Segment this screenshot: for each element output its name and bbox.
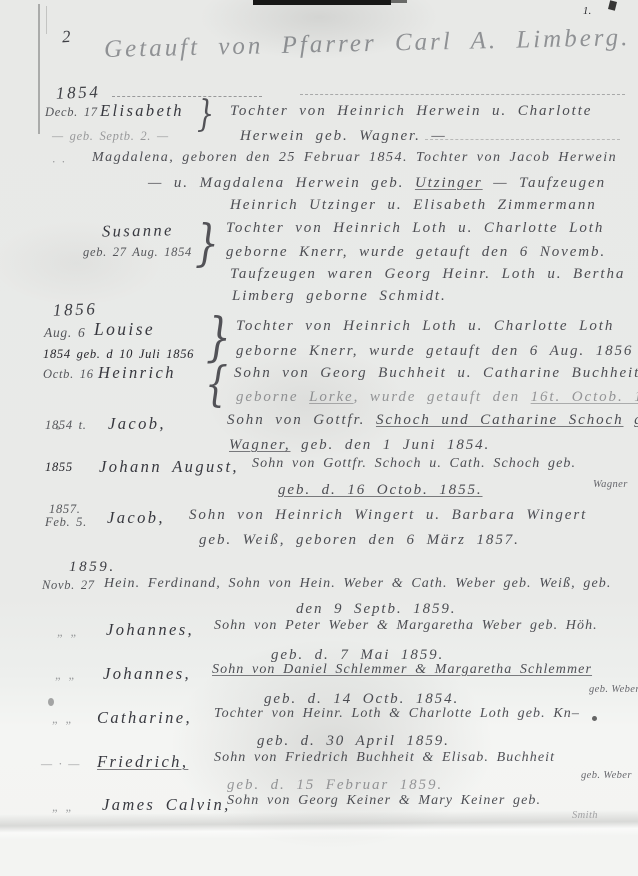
entry-catharine-line2: geb. d. 30 April 1859. bbox=[257, 733, 450, 750]
entry-susanne-line1: Tochter von Heinrich Loth u. Charlotte L… bbox=[226, 220, 604, 237]
entry-johann-august-line2: geb. d. 16 Octob. 1855. bbox=[278, 482, 483, 499]
entry-johannes-schlemmer-name: Johannes, bbox=[103, 665, 191, 683]
year-1859: 1859. bbox=[69, 559, 116, 576]
text-segment: — u. Magdalena Herwein geb. bbox=[148, 175, 415, 191]
ink-speck-2 bbox=[48, 698, 54, 706]
entry-louise-line2: geborne Knerr, wurde getauft den 6 Aug. … bbox=[236, 343, 633, 360]
entry-james-calvin-name: James Calvin, bbox=[102, 796, 231, 814]
entry-heinrich-date: Octb. 16 bbox=[43, 368, 94, 382]
entry-susanne-line3: Taufzeugen waren Georg Heinr. Loth u. Be… bbox=[230, 266, 625, 283]
dashed-rule-3 bbox=[425, 139, 620, 140]
entry-jacob-wingert-line1: Sohn von Heinrich Wingert u. Barbara Win… bbox=[189, 507, 587, 524]
entry-magdalena-line2: — u. Magdalena Herwein geb. Utzinger — T… bbox=[148, 175, 606, 192]
entry-friedrich-side-note: geb. Weber bbox=[581, 770, 632, 782]
entry-louise-line1: Tochter von Heinrich Loth u. Charlotte L… bbox=[236, 318, 614, 335]
entry-elisabeth-date: Decb. 17 bbox=[45, 106, 98, 120]
entry-johannes-weber-ditto-marks: „ „ bbox=[57, 626, 78, 640]
text-segment: , wurde getauft den bbox=[354, 389, 531, 405]
entry-johannes-schlemmer-ditto-marks: „ „ bbox=[55, 669, 76, 683]
entry-elisabeth-bracket: } bbox=[197, 97, 214, 133]
entry-magdalena-ditto-marks: · · bbox=[52, 156, 65, 170]
entry-jacob-wingert-line2: geb. Weiß, geboren den 6 März 1857. bbox=[199, 532, 520, 549]
text-segment: Wagner, bbox=[229, 437, 291, 453]
entry-jacob-wingert-name: Jacob, bbox=[107, 509, 165, 527]
entry-heinrich-bracket: { bbox=[205, 360, 228, 408]
entry-johannes-schlemmer-side-note: geb. Weber bbox=[589, 684, 638, 696]
entry-elisabeth-date2: — geb. Septb. 2. — bbox=[52, 130, 169, 144]
text-segment: Schoch und Catharine Schoch bbox=[376, 412, 624, 428]
entry-johannes-weber-name: Johannes, bbox=[106, 621, 194, 639]
text-segment: 16t. Octob. 1856 bbox=[531, 389, 638, 405]
text-segment: geborne bbox=[236, 389, 309, 405]
text-segment: geb. bbox=[624, 412, 638, 428]
text-segment: geb. den 1 Juni 1854. bbox=[291, 437, 491, 453]
entry-susanne-date: geb. 27 Aug. 1854 bbox=[83, 246, 192, 260]
entry-louise-date2: 1854 geb. d 10 Juli 1856 bbox=[43, 348, 194, 362]
entry-catharine-line1: Tochter von Heinr. Loth & Charlotte Loth… bbox=[214, 706, 580, 721]
entry-friedrich-line1: Sohn von Friedrich Buchheit & Elisab. Bu… bbox=[214, 750, 555, 765]
dashed-rule-1 bbox=[112, 96, 262, 97]
entry-jacob-wingert-date2: Feb. 5. bbox=[45, 516, 87, 530]
scan-corner-mark bbox=[608, 0, 617, 10]
entry-jacob-schoch-name: Jacob, bbox=[108, 415, 166, 433]
entry-heinrich-line1: Sohn von Georg Buchheit u. Catharine Buc… bbox=[234, 365, 638, 382]
entry-susanne-line2: geborne Knerr, wurde getauft den 6 Novem… bbox=[226, 244, 606, 261]
entry-jacob-schoch-date: 1854 t. bbox=[45, 419, 87, 433]
page-number-left: 2 bbox=[61, 28, 73, 47]
entry-elisabeth-line1: Tochter von Heinrich Herwein u. Charlott… bbox=[230, 103, 592, 120]
entry-jacob-schoch-line1: Sohn von Gottfr. Schoch und Catharine Sc… bbox=[227, 412, 638, 429]
fold-shadow bbox=[0, 810, 638, 840]
page-left-edge-line bbox=[38, 4, 40, 134]
entry-catharine-name: Catharine, bbox=[97, 709, 192, 727]
entry-johann-august-name: Johann August, bbox=[99, 458, 239, 476]
page-left-edge-line-2 bbox=[46, 6, 47, 34]
entry-james-calvin-side-note: Smith bbox=[572, 810, 598, 822]
scanned-register-page: 2 Getauft von Pfarrer Carl A. Limberg. 1… bbox=[0, 0, 638, 876]
entry-elisabeth-line2: Herwein geb. Wagner. — bbox=[240, 128, 447, 145]
entry-magdalena-line1: Magdalena, geboren den 25 Februar 1854. … bbox=[92, 150, 617, 165]
entry-jacob-schoch-line2: Wagner, geb. den 1 Juni 1854. bbox=[229, 437, 490, 454]
entry-catharine-ditto-marks: „ „ bbox=[52, 713, 73, 727]
entry-heinrich-line2: geborne Lorke, wurde getauft den 16t. Oc… bbox=[236, 389, 638, 406]
text-segment: — Taufzeugen bbox=[483, 175, 606, 191]
text-segment: Lorke bbox=[309, 389, 354, 405]
register-title: Getauft von Pfarrer Carl A. Limberg. bbox=[104, 24, 631, 63]
entry-friedrich-name: Friedrich, bbox=[97, 753, 188, 771]
scan-top-bar-tail bbox=[391, 0, 407, 3]
text-segment: Sohn von Gottfr. bbox=[227, 412, 376, 428]
entry-johann-august-side-note: Wagner bbox=[593, 479, 628, 491]
entry-heinrich-name: Heinrich bbox=[98, 364, 176, 382]
entry-magdalena-line3: Heinrich Utzinger u. Elisabeth Zimmerman… bbox=[230, 197, 597, 214]
entry-susanne-line4: Limberg geborne Schmidt. bbox=[232, 288, 447, 305]
year-1856: 1856 bbox=[53, 300, 98, 320]
entry-ferdinand-date: Novb. 27 bbox=[42, 579, 95, 593]
entry-james-calvin-line1: Sohn von Georg Keiner & Mary Keiner geb. bbox=[227, 793, 541, 808]
entry-louise-date: Aug. 6 bbox=[44, 326, 85, 341]
entry-friedrich-ditto-marks: — · — bbox=[41, 758, 80, 772]
entry-johann-august-line1: Sohn von Gottfr. Schoch u. Cath. Schoch … bbox=[252, 456, 576, 471]
entry-johannes-schlemmer-line1: Sohn von Daniel Schlemmer & Margaretha S… bbox=[212, 662, 592, 677]
entry-louise-name: Louise bbox=[94, 320, 155, 339]
entry-susanne-bracket: } bbox=[195, 218, 219, 268]
entry-ferdinand-line1: Hein. Ferdinand, Sohn von Hein. Weber & … bbox=[104, 576, 611, 591]
entry-friedrich-line2: geb. d. 15 Februar 1859. bbox=[227, 777, 443, 794]
text-segment: Utzinger bbox=[415, 175, 483, 191]
entry-johann-august-date: 1855 bbox=[45, 461, 73, 475]
entry-elisabeth-name: Elisabeth bbox=[100, 102, 184, 120]
ink-speck-1 bbox=[592, 716, 597, 721]
scan-top-bar bbox=[253, 0, 391, 5]
entry-johannes-weber-line1: Sohn von Peter Weber & Margaretha Weber … bbox=[214, 618, 598, 633]
page-number-right: 1. bbox=[583, 6, 592, 18]
year-1854: 1854 bbox=[56, 83, 101, 103]
entry-susanne-name: Susanne bbox=[102, 221, 174, 240]
dashed-rule-2 bbox=[300, 94, 625, 95]
entry-james-calvin-ditto-marks: „ „ bbox=[52, 801, 73, 815]
entry-ferdinand-line2: den 9 Septb. 1859. bbox=[296, 601, 456, 618]
